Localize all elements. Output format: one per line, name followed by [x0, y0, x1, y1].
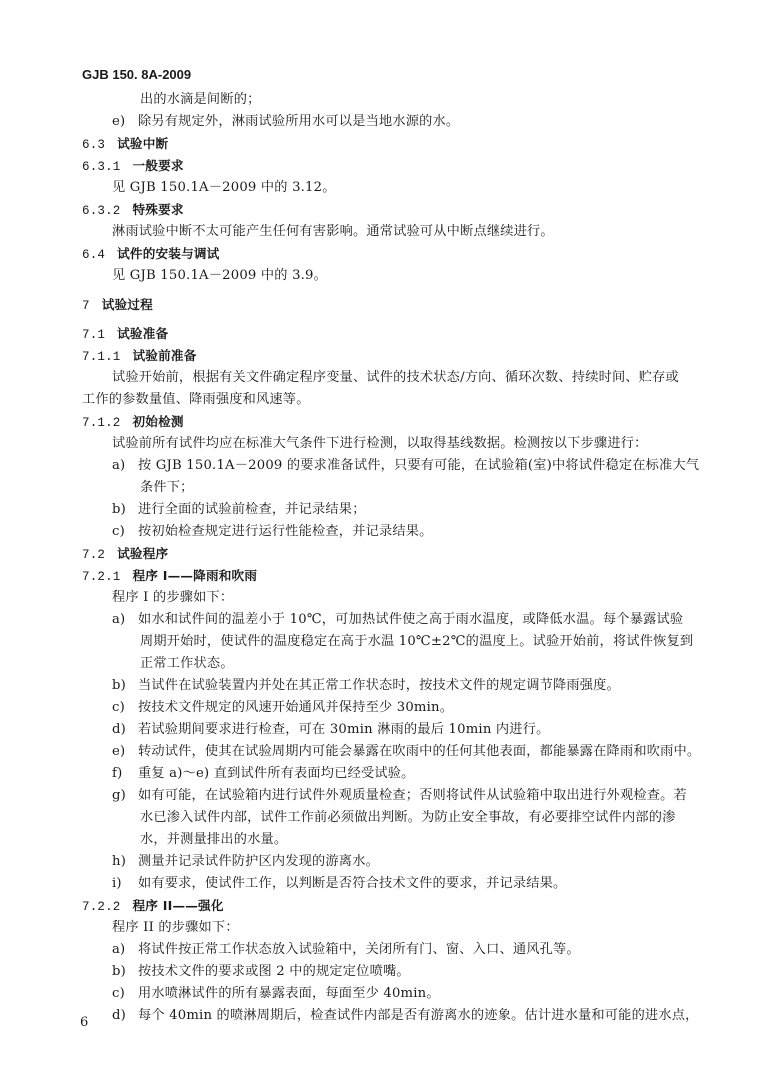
- list-item-text: 若试验期间要求进行检查，可在 30min 淋雨的最后 10min 内进行。: [138, 722, 549, 737]
- section-heading: 7试验过程: [82, 297, 153, 314]
- list-item-text: 进行全面的试验前检查，并记录结果；: [138, 502, 366, 517]
- paragraph-line: 程序 II 的步骤如下：: [112, 920, 239, 936]
- list-item-label: e): [112, 114, 138, 130]
- section-number: 6.3.1: [82, 159, 121, 175]
- list-item-label: c): [112, 524, 138, 540]
- list-item: b)按技术文件的要求或图 2 中的规定定位喷嘴。: [112, 964, 410, 980]
- section-title: 试验过程: [102, 297, 153, 312]
- section-number: 6.3.2: [82, 203, 121, 219]
- list-item: a)如水和试件间的温差小于 10℃，可加热试件使之高于雨水温度，或降低水温。每个…: [112, 612, 683, 628]
- list-item: a)按 GJB 150.1A－2009 的要求准备试件，只要有可能，在试验箱(室…: [112, 458, 699, 474]
- section-title: 试验中断: [117, 136, 168, 151]
- list-item-text: 按技术文件的要求或图 2 中的规定定位喷嘴。: [138, 964, 410, 979]
- paragraph-line: 见 GJB 150.1A－2009 中的 3.9。: [112, 268, 327, 284]
- list-item: c)按技术文件规定的风速开始通风并保持至少 30min。: [112, 700, 453, 716]
- list-item-label: b): [112, 964, 138, 980]
- section-title: 程序 I——降雨和吹雨: [133, 568, 258, 583]
- paragraph-line: 工作的参数量值、降雨强度和风速等。: [82, 392, 310, 408]
- section-number: 7.1.2: [82, 415, 121, 431]
- section-heading: 7.2.2程序 II——强化: [82, 898, 224, 915]
- section-heading: 7.2试验程序: [82, 546, 168, 563]
- list-item-label: e): [112, 744, 138, 760]
- section-number: 7.2.2: [82, 899, 121, 915]
- list-item-text: 按初始检查规定进行运行性能检查，并记录结果。: [138, 524, 433, 539]
- paragraph-line: 淋雨试验中断不太可能产生任何有害影响。通常试验可从中断点继续进行。: [112, 224, 554, 240]
- section-number: 7.1.1: [82, 349, 121, 365]
- list-item-label: a): [112, 942, 138, 958]
- section-heading: 6.3试验中断: [82, 136, 168, 153]
- section-heading: 7.1试验准备: [82, 326, 168, 343]
- list-item-label: a): [112, 458, 138, 474]
- page-number: 6: [80, 1015, 88, 1030]
- list-item: g)如有可能，在试验箱内进行试件外观质量检查；否则将试件从试验箱中取出进行外观检…: [112, 788, 687, 804]
- list-item: e)除另有规定外，淋雨试验所用水可以是当地水源的水。: [112, 114, 459, 130]
- list-item: e)转动试件，使其在试验周期内可能会暴露在吹雨中的任何其他表面，都能暴露在降雨和…: [112, 744, 700, 760]
- paragraph-line: 程序 I 的步骤如下：: [112, 590, 233, 606]
- list-item-text: 如有可能，在试验箱内进行试件外观质量检查；否则将试件从试验箱中取出进行外观检查。…: [138, 788, 687, 803]
- list-item-label: b): [112, 502, 138, 518]
- list-item: i)如有要求，使试件工作，以判断是否符合技术文件的要求，并记录结果。: [112, 876, 566, 892]
- document-id-header: GJB 150. 8A-2009: [82, 67, 191, 82]
- list-item-text: 重复 a)～e) 直到试件所有表面均已经受试验。: [138, 766, 415, 781]
- section-title: 试验准备: [117, 326, 168, 341]
- section-heading: 7.1.1试验前准备: [82, 348, 196, 365]
- list-item: h)测量并记录试件防护区内发现的游离水。: [112, 854, 379, 870]
- list-item-text: 如有要求，使试件工作，以判断是否符合技术文件的要求，并记录结果。: [138, 876, 566, 891]
- list-item-text: 当试件在试验装置内并处在其正常工作状态时，按技术文件的规定调节降雨强度。: [138, 678, 620, 693]
- list-item: f)重复 a)～e) 直到试件所有表面均已经受试验。: [112, 766, 415, 782]
- paragraph-line: 条件下；: [140, 480, 194, 496]
- section-title: 试验前准备: [133, 348, 197, 363]
- list-item-label: a): [112, 612, 138, 628]
- section-title: 特殊要求: [133, 202, 184, 217]
- list-item-text: 转动试件，使其在试验周期内可能会暴露在吹雨中的任何其他表面，都能暴露在降雨和吹雨…: [138, 744, 700, 759]
- section-number: 6.3: [82, 137, 105, 153]
- paragraph-line: 正常工作状态。: [140, 656, 234, 672]
- section-number: 7.2: [82, 547, 105, 563]
- list-item-label: c): [112, 986, 138, 1002]
- list-item-label: b): [112, 678, 138, 694]
- list-item-label: h): [112, 854, 138, 870]
- section-title: 试件的安装与调试: [117, 246, 219, 261]
- section-heading: 7.2.1程序 I——降雨和吹雨: [82, 568, 257, 585]
- list-item-text: 按 GJB 150.1A－2009 的要求准备试件，只要有可能，在试验箱(室)中…: [138, 458, 699, 473]
- list-item-text: 如水和试件间的温差小于 10℃，可加热试件使之高于雨水温度，或降低水温。每个暴露…: [138, 612, 683, 627]
- section-heading: 7.1.2初始检测: [82, 414, 184, 431]
- paragraph-line: 水已渗入试件内部，试件工作前必须做出判断。为防止安全事故，有必要排空试件内部的渗: [140, 810, 676, 826]
- list-item: c)用水喷淋试件的所有暴露表面，每面至少 40min。: [112, 986, 440, 1002]
- list-item: b)当试件在试验装置内并处在其正常工作状态时，按技术文件的规定调节降雨强度。: [112, 678, 620, 694]
- section-heading: 6.3.2特殊要求: [82, 202, 184, 219]
- section-number: 7: [82, 298, 90, 314]
- list-item: d)每个 40min 的喷淋周期后，检查试件内部是否有游离水的迹象。估计进水量和…: [112, 1008, 699, 1024]
- section-title: 程序 II——强化: [133, 898, 224, 913]
- list-item: a)将试件按正常工作状态放入试验箱中，关闭所有门、窗、入口、通风孔等。: [112, 942, 580, 958]
- list-item-text: 除另有规定外，淋雨试验所用水可以是当地水源的水。: [138, 114, 459, 129]
- list-item-label: c): [112, 700, 138, 716]
- section-title: 一般要求: [133, 158, 184, 173]
- list-item: c)按初始检查规定进行运行性能检查，并记录结果。: [112, 524, 433, 540]
- list-item-text: 测量并记录试件防护区内发现的游离水。: [138, 854, 379, 869]
- list-item-text: 每个 40min 的喷淋周期后，检查试件内部是否有游离水的迹象。估计进水量和可能…: [138, 1008, 699, 1023]
- paragraph-line: 见 GJB 150.1A－2009 中的 3.12。: [112, 180, 336, 196]
- paragraph-line: 周期开始时，使试件的温度稳定在高于水温 10℃±2℃的温度上。试验开始前，将试件…: [140, 634, 693, 650]
- paragraph-line: 试验前所有试件均应在标准大气条件下进行检测，以取得基线数据。检测按以下步骤进行：: [112, 436, 648, 452]
- list-item-label: f): [112, 766, 138, 782]
- list-item-label: d): [112, 1008, 138, 1024]
- paragraph-line: 水，并测量排出的水量。: [140, 832, 287, 848]
- section-title: 初始检测: [133, 414, 184, 429]
- list-item: d)若试验期间要求进行检查，可在 30min 淋雨的最后 10min 内进行。: [112, 722, 549, 738]
- section-number: 7.2.1: [82, 569, 121, 585]
- list-item-text: 按技术文件规定的风速开始通风并保持至少 30min。: [138, 700, 453, 715]
- section-heading: 6.3.1一般要求: [82, 158, 184, 175]
- list-item-text: 用水喷淋试件的所有暴露表面，每面至少 40min。: [138, 986, 440, 1001]
- section-heading: 6.4试件的安装与调试: [82, 246, 219, 263]
- paragraph-line: 出的水滴是间断的；: [140, 92, 261, 108]
- section-number: 7.1: [82, 327, 105, 343]
- list-item-label: d): [112, 722, 138, 738]
- list-item: b)进行全面的试验前检查，并记录结果；: [112, 502, 366, 518]
- list-item-label: g): [112, 788, 138, 804]
- list-item-text: 将试件按正常工作状态放入试验箱中，关闭所有门、窗、入口、通风孔等。: [138, 942, 580, 957]
- paragraph-line: 试验开始前，根据有关文件确定程序变量、试件的技术状态/方向、循环次数、持续时间、…: [112, 370, 679, 386]
- list-item-label: i): [112, 876, 138, 892]
- section-number: 6.4: [82, 247, 105, 263]
- section-title: 试验程序: [117, 546, 168, 561]
